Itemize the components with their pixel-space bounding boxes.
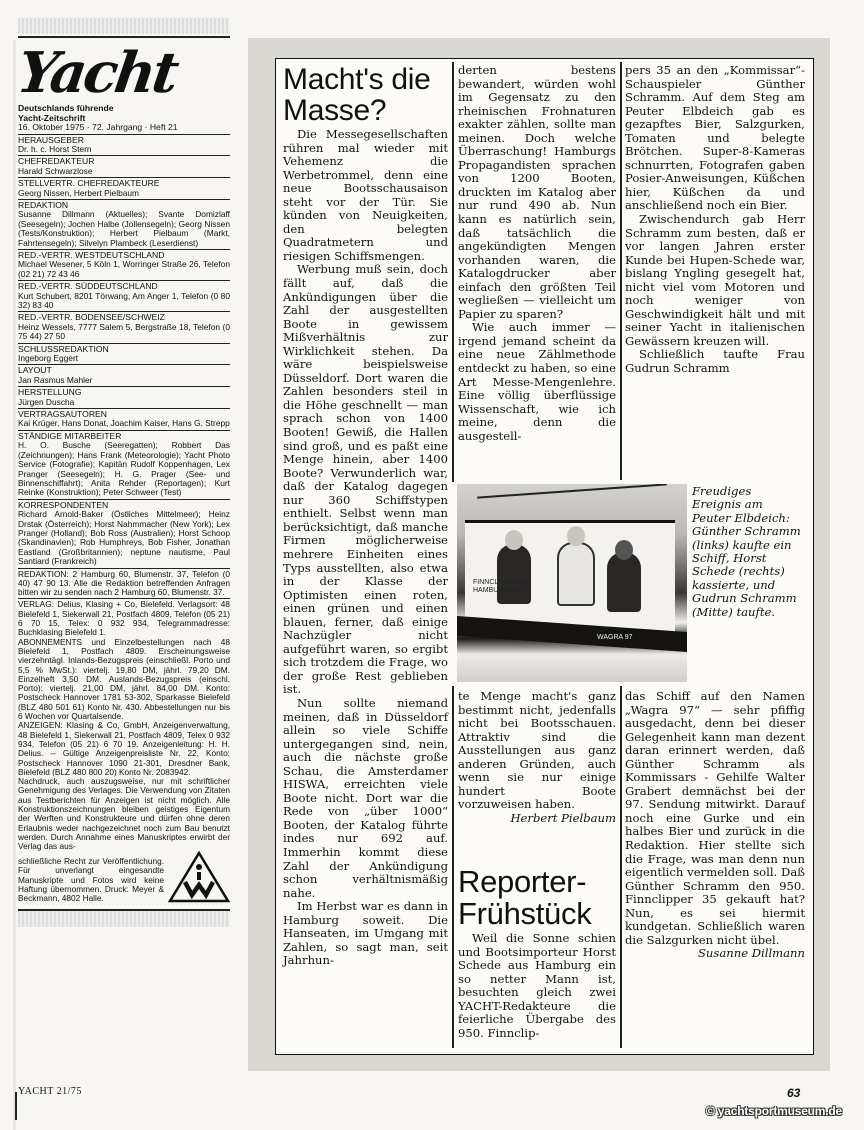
watermark: © yachtsportmuseum.de bbox=[706, 1104, 842, 1118]
article1-column-2: derten bestens bewandert, würden wohl im… bbox=[458, 64, 616, 443]
paragraph: Die Messegesellschaften rühren mal wiede… bbox=[283, 128, 448, 263]
boat-lettering-1: FINNCLIPPER 35 bbox=[473, 579, 529, 587]
paragraph: Werbung muß sein, doch fällt auf, daß di… bbox=[283, 263, 448, 697]
issue-date-line: 16. Oktober 1975 · 72. Jahrgang · Heft 2… bbox=[18, 123, 230, 135]
publisher-info: VERLAG: Delius, Klasing + Co, Bielefeld.… bbox=[18, 599, 230, 903]
article1-headline: Macht's die Masse? bbox=[283, 64, 448, 126]
column-rule-2b bbox=[620, 686, 622, 1048]
article2-column-3-top: pers 35 an den „Kommissar“-Schauspieler … bbox=[625, 64, 805, 376]
anzeigen-text: ANZEIGEN: Klasing & Co, GmbH, Anzeigenve… bbox=[18, 721, 230, 777]
impressum-section-herausgeber: HERAUSGEBERDr. h. c. Horst Stern bbox=[18, 135, 230, 157]
face-right bbox=[615, 540, 633, 560]
boat-lettering: FINNCLIPPER 35 HAMBURG 950 bbox=[473, 579, 529, 595]
paragraph: derten bestens bewandert, würden wohl im… bbox=[458, 64, 616, 321]
person-right bbox=[607, 552, 641, 612]
yacht-logo: Yacht bbox=[14, 44, 234, 102]
section-body: Michael Wesener, 5 Köln 1, Worringer Str… bbox=[18, 260, 230, 279]
grain-bar-bottom bbox=[18, 909, 230, 927]
section-body: H. O. Busche (Seeregatten); Robbert Das … bbox=[18, 441, 230, 497]
page-number: 63 bbox=[787, 1086, 800, 1100]
redaktion-address: REDAKTION: 2 Hamburg 60, Blumenstr. 37, … bbox=[18, 569, 230, 600]
section-body: Ingeborg Eggert bbox=[18, 354, 230, 363]
person-left bbox=[497, 544, 531, 604]
section-body: Susanne Dillmann (Aktuelles); Svante Dom… bbox=[18, 210, 230, 248]
impressum-section-mitarbeiter: STÄNDIGE MITARBEITERH. O. Busche (Seereg… bbox=[18, 431, 230, 500]
article1-column-2-bottom: te Menge macht's ganz bestimmt nicht, je… bbox=[458, 690, 616, 825]
ivw-triangle-logo-icon bbox=[168, 851, 230, 903]
paragraph: Schließlich taufte Frau Gudrun Schramm bbox=[625, 348, 805, 375]
impressum-section-vertragsautoren: VERTRAGSAUTORENKai Krüger, Hans Donat, J… bbox=[18, 409, 230, 431]
edge-rule bbox=[15, 1092, 17, 1120]
section-body: Kurt Schubert, 8201 Törwang, Am Anger 1,… bbox=[18, 292, 230, 311]
paragraph: Weil die Sonne schien und Bootsimporteur… bbox=[458, 932, 616, 1040]
face-left bbox=[505, 530, 523, 550]
impressum-column: Yacht Deutschlands führende Yacht-Zeitsc… bbox=[18, 18, 230, 927]
ivw-row: schließliche Recht zur Veröffentlichung.… bbox=[18, 851, 230, 903]
article1-column-1: Macht's die Masse? Die Messegesellschaft… bbox=[283, 64, 448, 968]
nachdruck-text-end: schließliche Recht zur Veröffentlichung.… bbox=[18, 857, 164, 903]
paragraph: das Schiff auf den Namen „Wagra 97“ — se… bbox=[625, 690, 805, 947]
column-rule-1 bbox=[452, 62, 454, 482]
impressum-section-schlussredaktion: SCHLUSSREDAKTIONIngeborg Eggert bbox=[18, 344, 230, 366]
divider bbox=[18, 36, 230, 38]
impressum-section-west: RED.-VERTR. WESTDEUTSCHLANDMichael Wesen… bbox=[18, 250, 230, 281]
impressum-section-stellvertreter: STELLVERTR. CHEFREDAKTEUREGeorg Nissen, … bbox=[18, 178, 230, 200]
impressum-section-redaktion: REDAKTIONSusanne Dillmann (Aktuelles); S… bbox=[18, 200, 230, 250]
abonnements-text: ABONNEMENTS und Einzelbestellungen nach … bbox=[18, 638, 230, 722]
impressum-section-bodensee: RED.-VERTR. BODENSEE/SCHWEIZHeinz Wessel… bbox=[18, 312, 230, 343]
paragraph: Zwischendurch gab Herr Schramm zum beste… bbox=[625, 213, 805, 348]
nachdruck-text: Nachdruck, auch auszugsweise, nur mit sc… bbox=[18, 777, 230, 851]
grain-bar-top bbox=[18, 18, 230, 34]
section-body: Georg Nissen, Herbert Pielbaum bbox=[18, 189, 230, 198]
column-rule-1b bbox=[452, 686, 454, 1048]
paragraph: pers 35 an den „Kommissar“-Schauspieler … bbox=[625, 64, 805, 213]
paragraph: Im Herbst war es dann in Hamburg soweit.… bbox=[283, 900, 448, 968]
photo-mast bbox=[477, 484, 667, 499]
section-body: Kai Krüger, Hans Donat, Joachim Kaiser, … bbox=[18, 419, 230, 428]
section-body: Richard Arnold-Baker (Östliches Mittelme… bbox=[18, 510, 230, 566]
boat-lettering-2: HAMBURG 950 bbox=[473, 587, 529, 595]
photo-caption: Freudiges Ereignis am Peuter Elbdeich: G… bbox=[692, 485, 804, 619]
impressum-section-sued: RED.-VERTR. SÜDDEUTSCHLANDKurt Schubert,… bbox=[18, 281, 230, 312]
article1-byline: Herbert Pielbaum bbox=[458, 812, 616, 826]
article2-headline: Reporter- Frühstück bbox=[458, 866, 616, 930]
issue-footer: YACHT 21/75 bbox=[18, 1086, 82, 1097]
impressum-section-korrespondenten: KORRESPONDENTENRichard Arnold-Baker (Öst… bbox=[18, 500, 230, 569]
section-body: Harald Schwarzlose bbox=[18, 167, 230, 176]
section-body: Jürgen Duscha bbox=[18, 398, 230, 407]
section-body: Dr. h. c. Horst Stern bbox=[18, 145, 230, 154]
tagline: Deutschlands führende Yacht-Zeitschrift … bbox=[18, 104, 230, 135]
impressum-section-chefredakteur: CHEFREDAKTEURHarald Schwarzlose bbox=[18, 156, 230, 178]
impressum-section-herstellung: HERSTELLUNGJürgen Duscha bbox=[18, 387, 230, 409]
paragraph: Wie auch immer — irgend jemand scheint d… bbox=[458, 321, 616, 443]
article2-byline: Susanne Dillmann bbox=[625, 947, 805, 961]
section-body: Jan Rasmus Mahler bbox=[18, 376, 230, 385]
face-middle bbox=[567, 526, 585, 546]
section-body: Heinz Wessels, 7777 Salem 5, Bergstraße … bbox=[18, 323, 230, 342]
hull-name: WAGRA 97 bbox=[597, 634, 633, 642]
article2-headline-line-1: Reporter- bbox=[458, 866, 616, 898]
page-edge-strip bbox=[13, 40, 16, 1130]
article2-column-2: Reporter- Frühstück Weil die Sonne schie… bbox=[458, 866, 616, 1040]
paragraph: Nun sollte niemand meinen, daß in Düssel… bbox=[283, 697, 448, 900]
impressum-section-layout: LAYOUTJan Rasmus Mahler bbox=[18, 365, 230, 387]
paragraph: te Menge macht's ganz bestimmt nicht, je… bbox=[458, 690, 616, 812]
article2-column-3-bottom: das Schiff auf den Namen „Wagra 97“ — se… bbox=[625, 690, 805, 961]
column-rule-2 bbox=[620, 62, 622, 480]
person-middle bbox=[557, 542, 595, 606]
verlag-text: VERLAG: Delius, Klasing + Co, Bielefeld.… bbox=[18, 600, 230, 637]
article2-headline-line-2: Frühstück bbox=[458, 898, 616, 930]
boat-photo: FINNCLIPPER 35 HAMBURG 950 WAGRA 97 bbox=[457, 484, 687, 682]
